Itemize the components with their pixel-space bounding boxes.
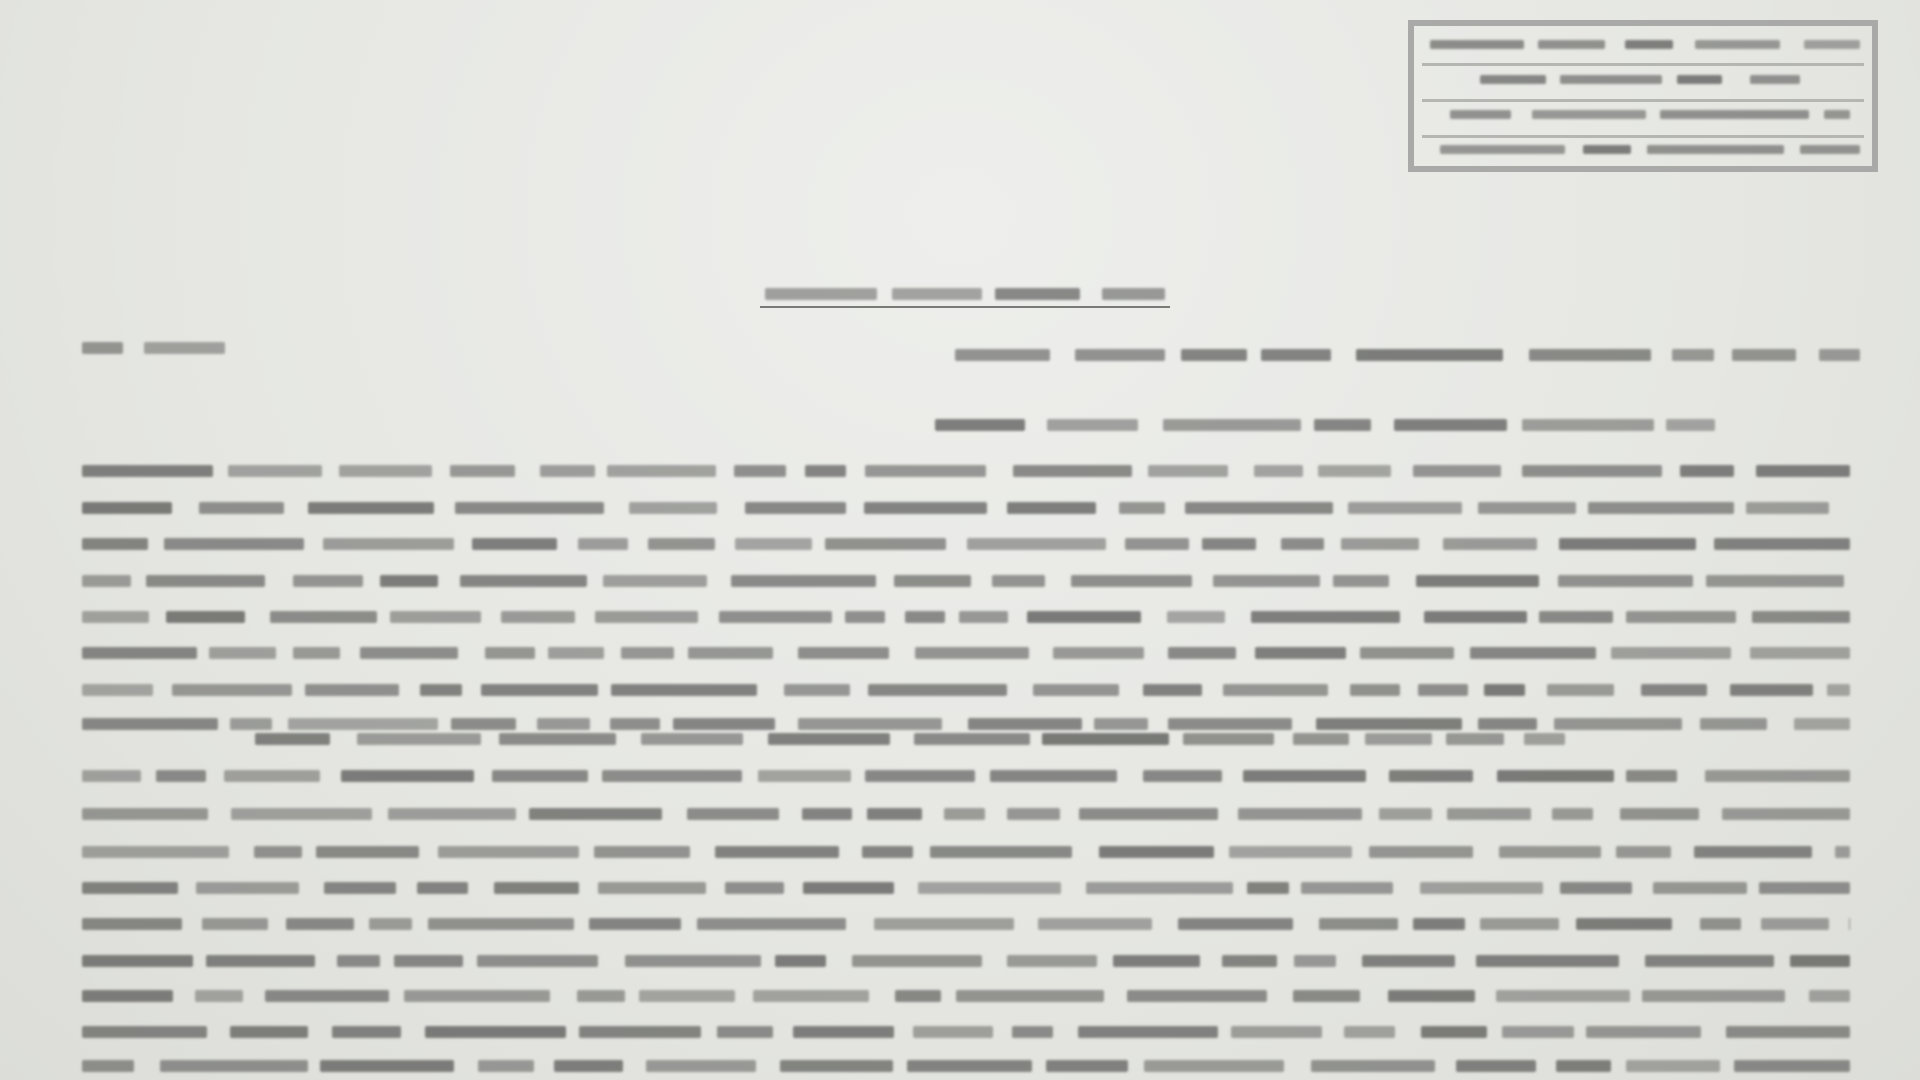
title-line <box>765 288 1165 300</box>
paragraph-line <box>82 808 1850 820</box>
paragraph-line <box>82 1060 1850 1072</box>
paragraph-line <box>82 718 1850 730</box>
stamp-row: [redacted – pixelated] <box>1422 138 1864 171</box>
stamp-row: [redacted – pixelated] <box>1422 66 1864 102</box>
paragraph-line <box>82 846 1850 858</box>
salutation-line <box>955 349 1860 361</box>
greeting-line <box>935 419 1715 431</box>
paragraph-line <box>82 611 1850 623</box>
paragraph-line <box>82 684 1850 696</box>
paragraph-line <box>82 502 1850 514</box>
paragraph-line <box>82 955 1850 967</box>
paragraph-line <box>82 575 1850 587</box>
stamp-text-line <box>1440 145 1860 154</box>
scanned-letter-page: [redacted – pixelated] [redacted – pixel… <box>0 0 1920 1080</box>
title-underline <box>760 306 1170 308</box>
paragraph-line <box>82 1026 1850 1038</box>
paragraph-line <box>82 882 1850 894</box>
paragraph-line <box>82 465 1850 477</box>
recipient-note-line <box>82 342 225 354</box>
paragraph-line <box>82 918 1850 930</box>
paragraph-line <box>82 990 1850 1002</box>
paragraph-line <box>82 770 1850 782</box>
stamp-text-line <box>1430 40 1860 49</box>
paragraph-line <box>255 733 1565 745</box>
paragraph-line <box>82 647 1850 659</box>
paragraph-line <box>82 538 1850 550</box>
stamp-row: [redacted – pixelated] <box>1422 102 1864 138</box>
stamp-text-line <box>1450 110 1850 119</box>
stamp-text-line <box>1480 75 1800 84</box>
